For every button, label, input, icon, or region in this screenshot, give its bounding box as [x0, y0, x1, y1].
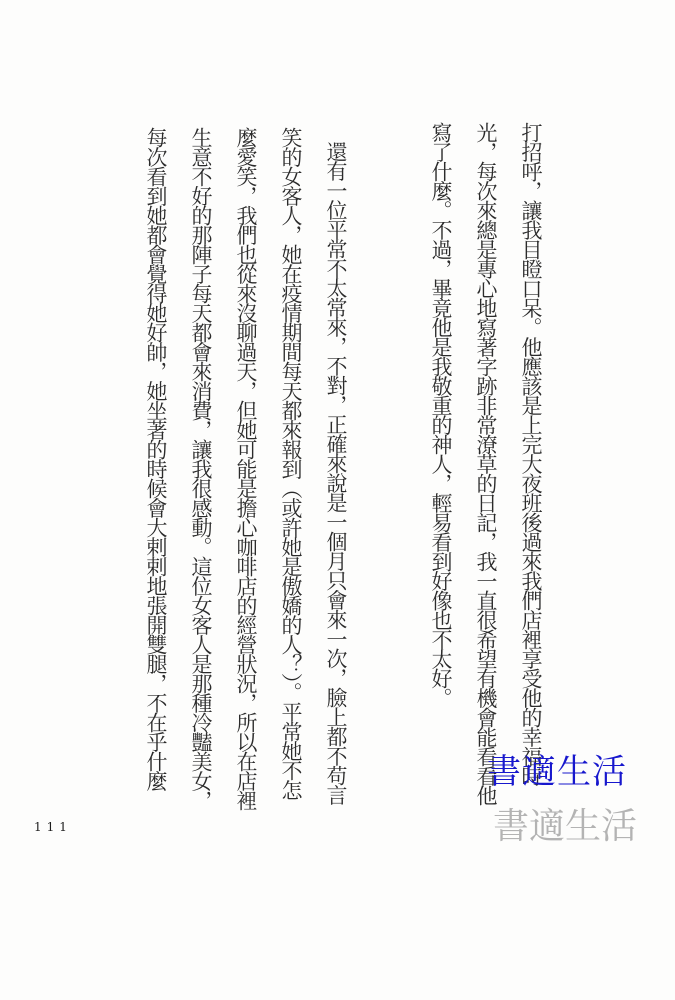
text-column-6: 麼愛笑，我們也從來沒聊過天，但她可能是擔心咖啡店的經營狀況，所以在店裡 [235, 127, 256, 827]
text-column-5: 笑的女客人，她在疫情期間每天都來報到（或許她是傲嬌的人？）。平常她不怎 [280, 127, 301, 827]
text-column-8: 每次看到她都會覺得她好帥，她坐著的時候會大剌剌地張開雙腿，不在乎什麼 [145, 127, 166, 827]
text-column-1: 打招呼，讓我目瞪口呆。他應該是上完大夜班後過來我們店裡享受他的幸福時 [520, 122, 541, 822]
book-page: 打招呼，讓我目瞪口呆。他應該是上完大夜班後過來我們店裡享受他的幸福時 光，每次來… [0, 0, 675, 1000]
text-column-3: 寫了什麼。不過，畢竟他是我敬重的神人，輕易看到好像也不太好。 [430, 122, 451, 822]
page-number: 111 [34, 820, 72, 834]
watermark-blue: 書適生活 [487, 744, 627, 793]
watermark-gray: 書適生活 [493, 798, 637, 849]
text-column-7: 生意不好的那陣子每天都會來消費，讓我很感動。這位女客人是那種冷豔美女， [190, 127, 211, 827]
text-column-4: 還有一位平常不太常來，不對，正確來說是一個月只會來一次，臉上都不苟言 [325, 141, 346, 841]
text-column-2: 光，每次來總是專心地寫著字跡非常潦草的日記，我一直很希望有機會能看看他 [475, 122, 496, 822]
